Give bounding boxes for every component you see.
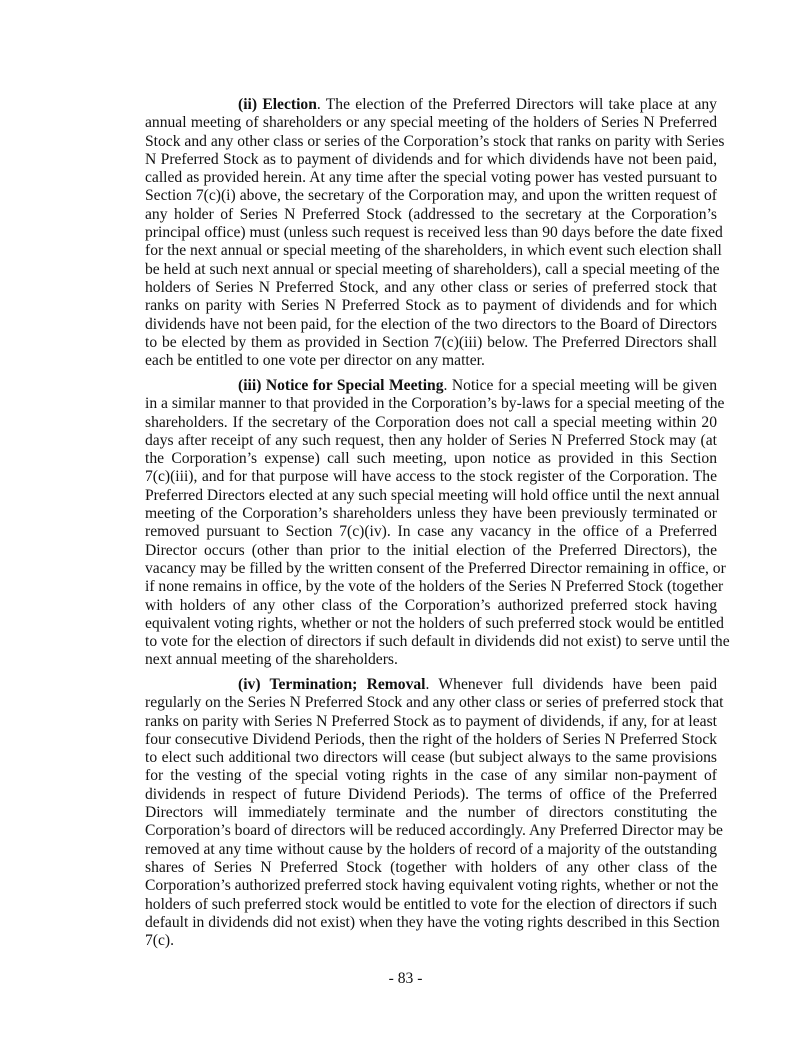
section-heading: (iv) Termination; Removal: [238, 676, 426, 693]
paragraph-line: for the vesting of the special voting ri…: [145, 767, 717, 785]
paragraph-line: dividends have not been paid, for the el…: [145, 316, 717, 334]
paragraph-line: next annual meeting of the shareholders.: [145, 651, 717, 669]
paragraph-line: if none remains in office, by the vote o…: [145, 578, 717, 596]
paragraph-line: (ii) Election. The election of the Prefe…: [145, 96, 717, 114]
paragraph-line: removed at any time without cause by the…: [145, 841, 717, 859]
paragraph-line: with holders of any other class of the C…: [145, 597, 717, 615]
paragraph-line: be held at such next annual or special m…: [145, 261, 717, 279]
paragraph-line: for the next annual or special meeting o…: [145, 242, 717, 260]
paragraph-line: Section 7(c)(i) above, the secretary of …: [145, 187, 717, 205]
paragraph-line: annual meeting of shareholders or any sp…: [145, 114, 717, 132]
paragraph-line: called as provided herein. At any time a…: [145, 169, 717, 187]
paragraph-line: holders of such preferred stock would be…: [145, 896, 717, 914]
section-heading: (ii) Election: [238, 96, 317, 113]
paragraph-line: four consecutive Dividend Periods, then …: [145, 731, 717, 749]
paragraph-line: the Corporation’s expense) call such mee…: [145, 450, 717, 468]
paragraph-line: equivalent voting rights, whether or not…: [145, 615, 717, 633]
paragraph-line: (iii) Notice for Special Meeting. Notice…: [145, 377, 717, 395]
paragraph-line: any holder of Series N Preferred Stock (…: [145, 206, 717, 224]
paragraph-line: Corporation’s authorized preferred stock…: [145, 877, 717, 895]
paragraph-line: in a similar manner to that provided in …: [145, 395, 717, 413]
paragraph-line: (iv) Termination; Removal. Whenever full…: [145, 676, 717, 694]
paragraph-line: holders of Series N Preferred Stock, and…: [145, 279, 717, 297]
paragraph-line: dividends in respect of future Dividend …: [145, 786, 717, 804]
section-notice-special-meeting: (iii) Notice for Special Meeting. Notice…: [145, 377, 717, 670]
paragraph-line: removed pursuant to Section 7(c)(iv). In…: [145, 523, 717, 541]
paragraph-line: Director occurs (other than prior to the…: [145, 542, 717, 560]
paragraph-line: shareholders. If the secretary of the Co…: [145, 414, 717, 432]
paragraph-line: days after receipt of any such request, …: [145, 432, 717, 450]
paragraph-line: Directors will immediately terminate and…: [145, 804, 717, 822]
paragraph-line: N Preferred Stock as to payment of divid…: [145, 151, 717, 169]
paragraph-line: 7(c).: [145, 932, 717, 950]
paragraph-line: shares of Series N Preferred Stock (toge…: [145, 859, 717, 877]
page-number: - 83 -: [0, 970, 811, 988]
document-page: (ii) Election. The election of the Prefe…: [0, 0, 811, 1050]
paragraph-line: to elect such additional two directors w…: [145, 749, 717, 767]
paragraph-line: Stock and any other class or series of t…: [145, 133, 717, 151]
paragraph-line: to be elected by them as provided in Sec…: [145, 334, 717, 352]
section-election: (ii) Election. The election of the Prefe…: [145, 96, 717, 370]
section-heading: (iii) Notice for Special Meeting: [238, 377, 444, 394]
paragraph-line: principal office) must (unless such requ…: [145, 224, 717, 242]
paragraph-line: meeting of the Corporation’s shareholder…: [145, 505, 717, 523]
paragraph-line: Corporation’s board of directors will be…: [145, 822, 717, 840]
paragraph-line: default in dividends did not exist) when…: [145, 914, 717, 932]
paragraph-line: ranks on parity with Series N Preferred …: [145, 713, 717, 731]
paragraph-line: Preferred Directors elected at any such …: [145, 487, 717, 505]
paragraph-line: regularly on the Series N Preferred Stoc…: [145, 694, 717, 712]
paragraph-line: vacancy may be filled by the written con…: [145, 560, 717, 578]
paragraph-line: each be entitled to one vote per directo…: [145, 352, 717, 370]
section-termination-removal: (iv) Termination; Removal. Whenever full…: [145, 676, 717, 950]
paragraph-line: 7(c)(iii), and for that purpose will hav…: [145, 468, 717, 486]
paragraph-line: ranks on parity with Series N Preferred …: [145, 297, 717, 315]
paragraph-line: to vote for the election of directors if…: [145, 633, 717, 651]
